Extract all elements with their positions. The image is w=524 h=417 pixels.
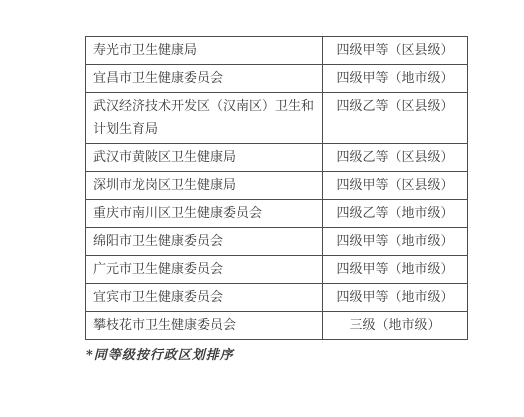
org-cell: 重庆市南川区卫生健康委员会 — [86, 200, 323, 228]
grade-cell: 四级甲等（地市级） — [323, 228, 468, 256]
grade-cell: 四级甲等（地市级） — [323, 284, 468, 312]
footnote: *同等级按行政区划排序 — [86, 344, 234, 363]
table-row: 武汉经济技术开发区（汉南区）卫生和计划生育局 四级乙等（区县级） — [86, 93, 468, 144]
org-cell: 宜宾市卫生健康委员会 — [86, 284, 323, 312]
org-cell: 武汉经济技术开发区（汉南区）卫生和计划生育局 — [86, 93, 323, 144]
grade-cell: 四级乙等（地市级） — [323, 200, 468, 228]
org-cell: 深圳市龙岗区卫生健康局 — [86, 172, 323, 200]
grade-cell: 三级（地市级） — [323, 312, 468, 340]
table-row: 攀枝花市卫生健康委员会 三级（地市级） — [86, 312, 468, 340]
table-row: 深圳市龙岗区卫生健康局 四级甲等（区县级） — [86, 172, 468, 200]
org-cell: 广元市卫生健康委员会 — [86, 256, 323, 284]
grade-cell: 四级甲等（区县级） — [323, 37, 468, 65]
table-row: 寿光市卫生健康局 四级甲等（区县级） — [86, 37, 468, 65]
table-row: 宜昌市卫生健康委员会 四级甲等（地市级） — [86, 65, 468, 93]
table-row: 宜宾市卫生健康委员会 四级甲等（地市级） — [86, 284, 468, 312]
document-page: 寿光市卫生健康局 四级甲等（区县级） 宜昌市卫生健康委员会 四级甲等（地市级） … — [0, 0, 524, 417]
grade-cell: 四级甲等（地市级） — [323, 65, 468, 93]
grade-table: 寿光市卫生健康局 四级甲等（区县级） 宜昌市卫生健康委员会 四级甲等（地市级） … — [85, 36, 468, 340]
org-cell: 宜昌市卫生健康委员会 — [86, 65, 323, 93]
org-cell: 寿光市卫生健康局 — [86, 37, 323, 65]
org-cell: 绵阳市卫生健康委员会 — [86, 228, 323, 256]
grade-cell: 四级乙等（区县级） — [323, 144, 468, 172]
grade-cell: 四级乙等（区县级） — [323, 93, 468, 144]
table-row: 武汉市黄陂区卫生健康局 四级乙等（区县级） — [86, 144, 468, 172]
grade-cell: 四级甲等（地市级） — [323, 256, 468, 284]
grade-cell: 四级甲等（区县级） — [323, 172, 468, 200]
table-row: 广元市卫生健康委员会 四级甲等（地市级） — [86, 256, 468, 284]
org-cell: 武汉市黄陂区卫生健康局 — [86, 144, 323, 172]
org-cell: 攀枝花市卫生健康委员会 — [86, 312, 323, 340]
table-row: 重庆市南川区卫生健康委员会 四级乙等（地市级） — [86, 200, 468, 228]
table-row: 绵阳市卫生健康委员会 四级甲等（地市级） — [86, 228, 468, 256]
